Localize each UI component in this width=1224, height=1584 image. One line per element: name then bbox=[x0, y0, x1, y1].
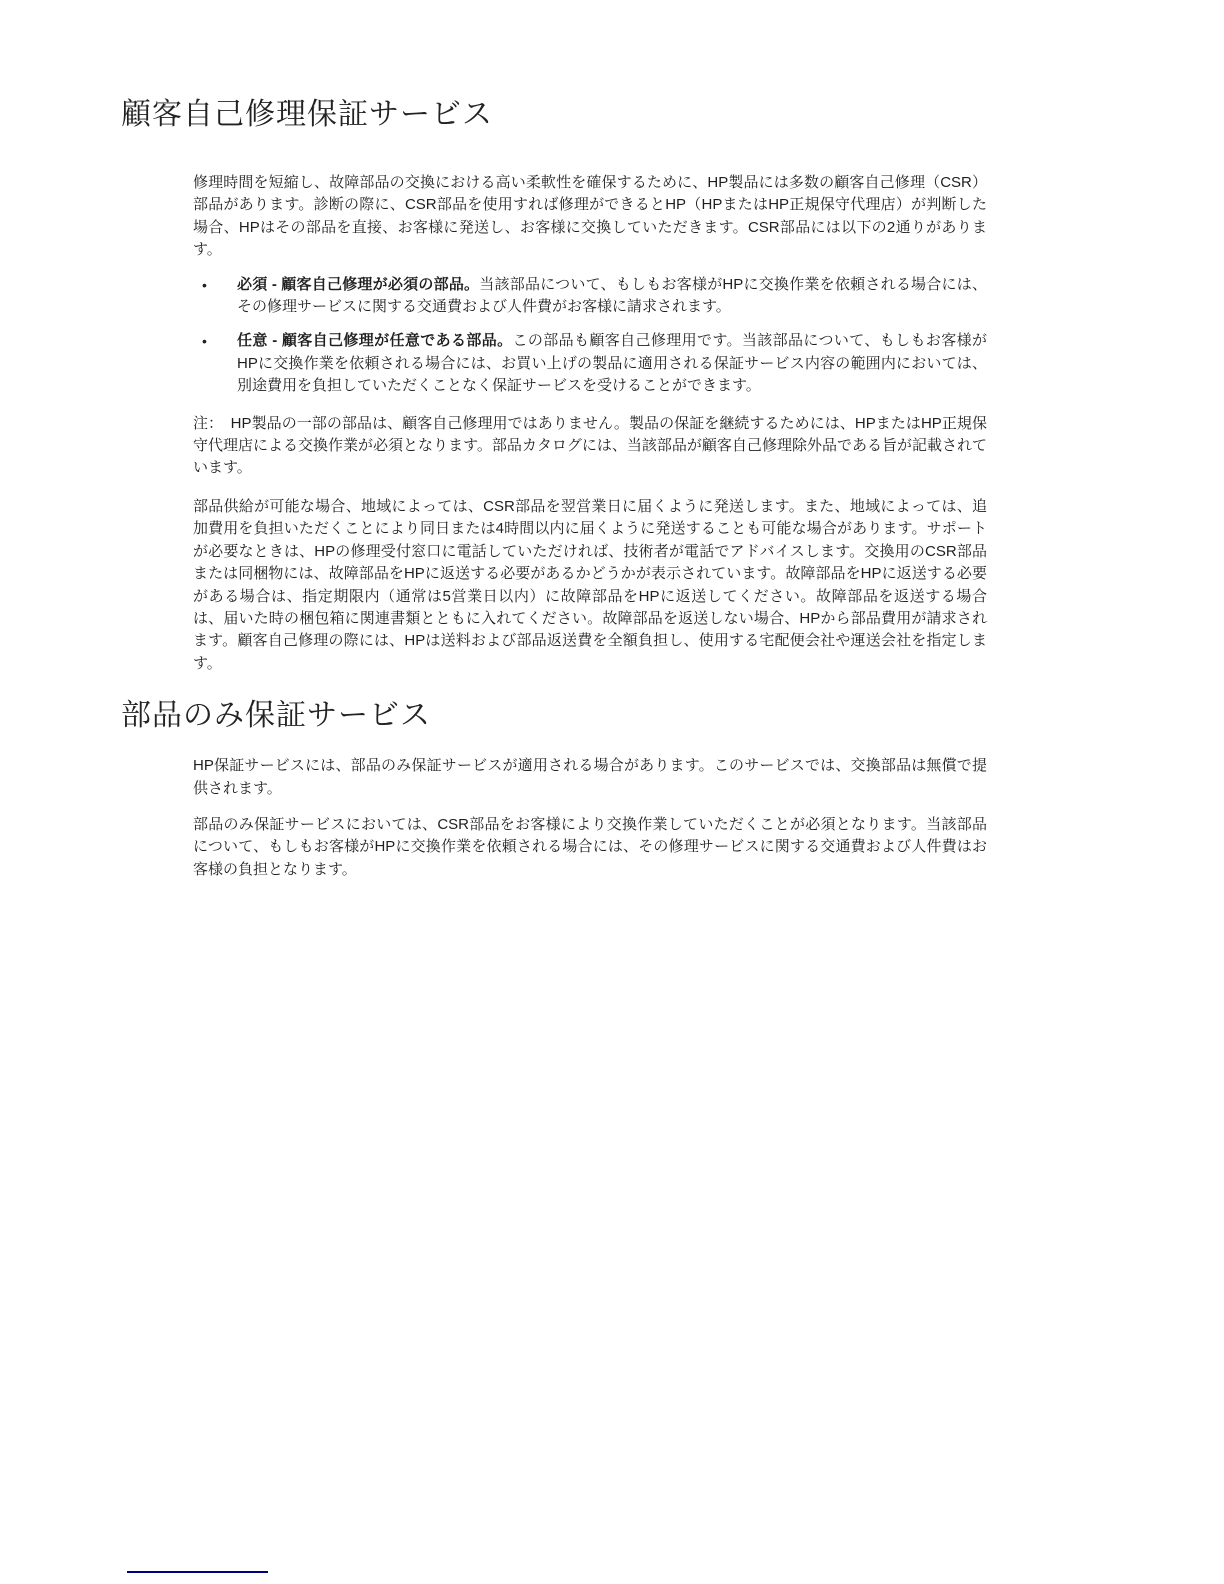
footer-rule bbox=[127, 1571, 268, 1573]
bullet-text: 必須 - 顧客自己修理が必須の部品。当該部品について、もしもお客様がHPに交換作… bbox=[237, 274, 987, 319]
section-title-parts-only-warranty: 部品のみ保証サービス bbox=[0, 675, 1224, 735]
document-page: 顧客自己修理保証サービス 修理時間を短縮し、故障部品の交換における高い柔軟性を確… bbox=[0, 0, 1224, 1584]
bullet-bold-lead: 任意 - 顧客自己修理が任意である部品。 bbox=[237, 332, 512, 349]
bullet-item-mandatory: • 必須 - 顧客自己修理が必須の部品。当該部品について、もしもお客様がHPに交… bbox=[193, 274, 987, 319]
parts-only-paragraph-2: 部品のみ保証サービスにおいては、CSR部品をお客様により交換作業していただくこと… bbox=[193, 814, 987, 881]
parts-only-paragraph-1: HP保証サービスには、部品のみ保証サービスが適用される場合があります。このサービ… bbox=[193, 755, 987, 800]
bullet-bold-lead: 必須 - 顧客自己修理が必須の部品。 bbox=[237, 276, 479, 293]
bullet-marker: • bbox=[193, 330, 237, 397]
csr-shipping-paragraph: 部品供給が可能な場合、地域によっては、CSR部品を翌営業日に届くように発送します… bbox=[193, 496, 987, 675]
section-title-customer-self-repair: 顧客自己修理保証サービス bbox=[0, 0, 1224, 134]
bullet-text: 任意 - 顧客自己修理が任意である部品。この部品も顧客自己修理用です。当該部品に… bbox=[237, 330, 987, 397]
bullet-item-optional: • 任意 - 顧客自己修理が任意である部品。この部品も顧客自己修理用です。当該部… bbox=[193, 330, 987, 397]
bullet-marker: • bbox=[193, 274, 237, 319]
csr-note-paragraph: 注： HP製品の一部の部品は、顧客自己修理用ではありません。製品の保証を継続する… bbox=[193, 413, 987, 480]
csr-intro-paragraph: 修理時間を短縮し、故障部品の交換における高い柔軟性を確保するために、HP製品には… bbox=[193, 172, 987, 262]
